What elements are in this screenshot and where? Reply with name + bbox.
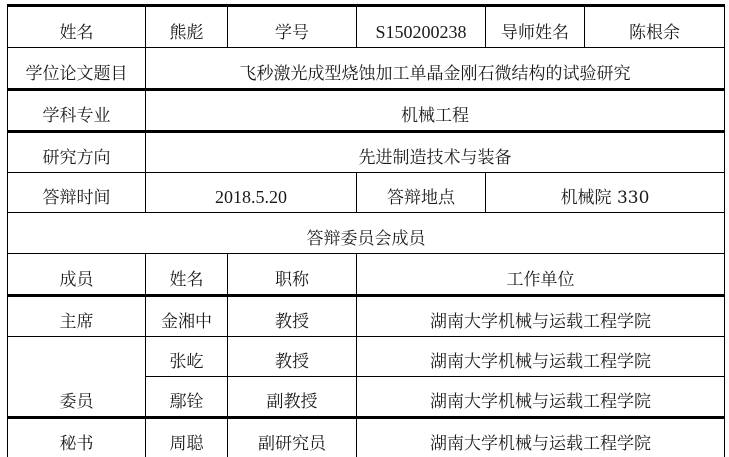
thesis-title: 飞秒激光成型烧蚀加工单晶金刚石微结构的试验研究 — [146, 48, 725, 90]
header-role: 成员 — [8, 254, 146, 296]
advisor-label: 导师姓名 — [486, 6, 585, 48]
defense-location-label: 答辩地点 — [357, 173, 486, 213]
student-name: 熊彪 — [146, 6, 228, 48]
header-title: 职称 — [228, 254, 357, 296]
direction-label: 研究方向 — [8, 132, 146, 173]
member-title: 副教授 — [228, 377, 357, 418]
members-role: 委员 — [8, 337, 146, 418]
committee-section-title: 答辩委员会成员 — [8, 213, 725, 254]
chair-title: 教授 — [228, 296, 357, 337]
major-row: 学科专业 机械工程 — [8, 90, 725, 132]
student-id-label: 学号 — [228, 6, 357, 48]
committee-title-row: 答辩委员会成员 — [8, 213, 725, 254]
thesis-title-row: 学位论文题目 飞秒激光成型烧蚀加工单晶金刚石微结构的试验研究 — [8, 48, 725, 90]
member-unit: 湖南大学机械与运载工程学院 — [357, 337, 725, 377]
major-value: 机械工程 — [146, 90, 725, 132]
chair-name: 金湘中 — [146, 296, 228, 337]
defense-time-label: 答辩时间 — [8, 173, 146, 213]
name-label: 姓名 — [8, 6, 146, 48]
advisor-name: 陈根余 — [585, 6, 725, 48]
member-name: 鄢铨 — [146, 377, 228, 418]
committee-chair-row: 主席 金湘中 教授 湖南大学机械与运载工程学院 — [8, 296, 725, 337]
member-name: 张屹 — [146, 337, 228, 377]
defense-location: 机械院 330 — [486, 173, 725, 213]
secretary-unit: 湖南大学机械与运载工程学院 — [357, 418, 725, 457]
secretary-name: 周聪 — [146, 418, 228, 457]
chair-unit: 湖南大学机械与运载工程学院 — [357, 296, 725, 337]
student-id: S150200238 — [357, 6, 486, 48]
member-unit: 湖南大学机械与运载工程学院 — [357, 377, 725, 418]
direction-value: 先进制造技术与装备 — [146, 132, 725, 173]
defense-time: 2018.5.20 — [146, 173, 357, 213]
header-unit: 工作单位 — [357, 254, 725, 296]
major-label: 学科专业 — [8, 90, 146, 132]
student-info-row: 姓名 熊彪 学号 S150200238 导师姓名 陈根余 — [8, 6, 725, 48]
committee-secretary-row: 秘书 周聪 副研究员 湖南大学机械与运载工程学院 — [8, 418, 725, 457]
member-title: 教授 — [228, 337, 357, 377]
committee-member-row: 委员 张屹 教授 湖南大学机械与运载工程学院 — [8, 337, 725, 377]
thesis-title-label: 学位论文题目 — [8, 48, 146, 90]
header-name: 姓名 — [146, 254, 228, 296]
secretary-title: 副研究员 — [228, 418, 357, 457]
defense-time-location-row: 答辩时间 2018.5.20 答辩地点 机械院 330 — [8, 173, 725, 213]
chair-role: 主席 — [8, 296, 146, 337]
direction-row: 研究方向 先进制造技术与装备 — [8, 132, 725, 173]
secretary-role: 秘书 — [8, 418, 146, 457]
committee-header-row: 成员 姓名 职称 工作单位 — [8, 254, 725, 296]
defense-info-table: 姓名 熊彪 学号 S150200238 导师姓名 陈根余 学位论文题目 飞秒激光… — [7, 4, 725, 457]
